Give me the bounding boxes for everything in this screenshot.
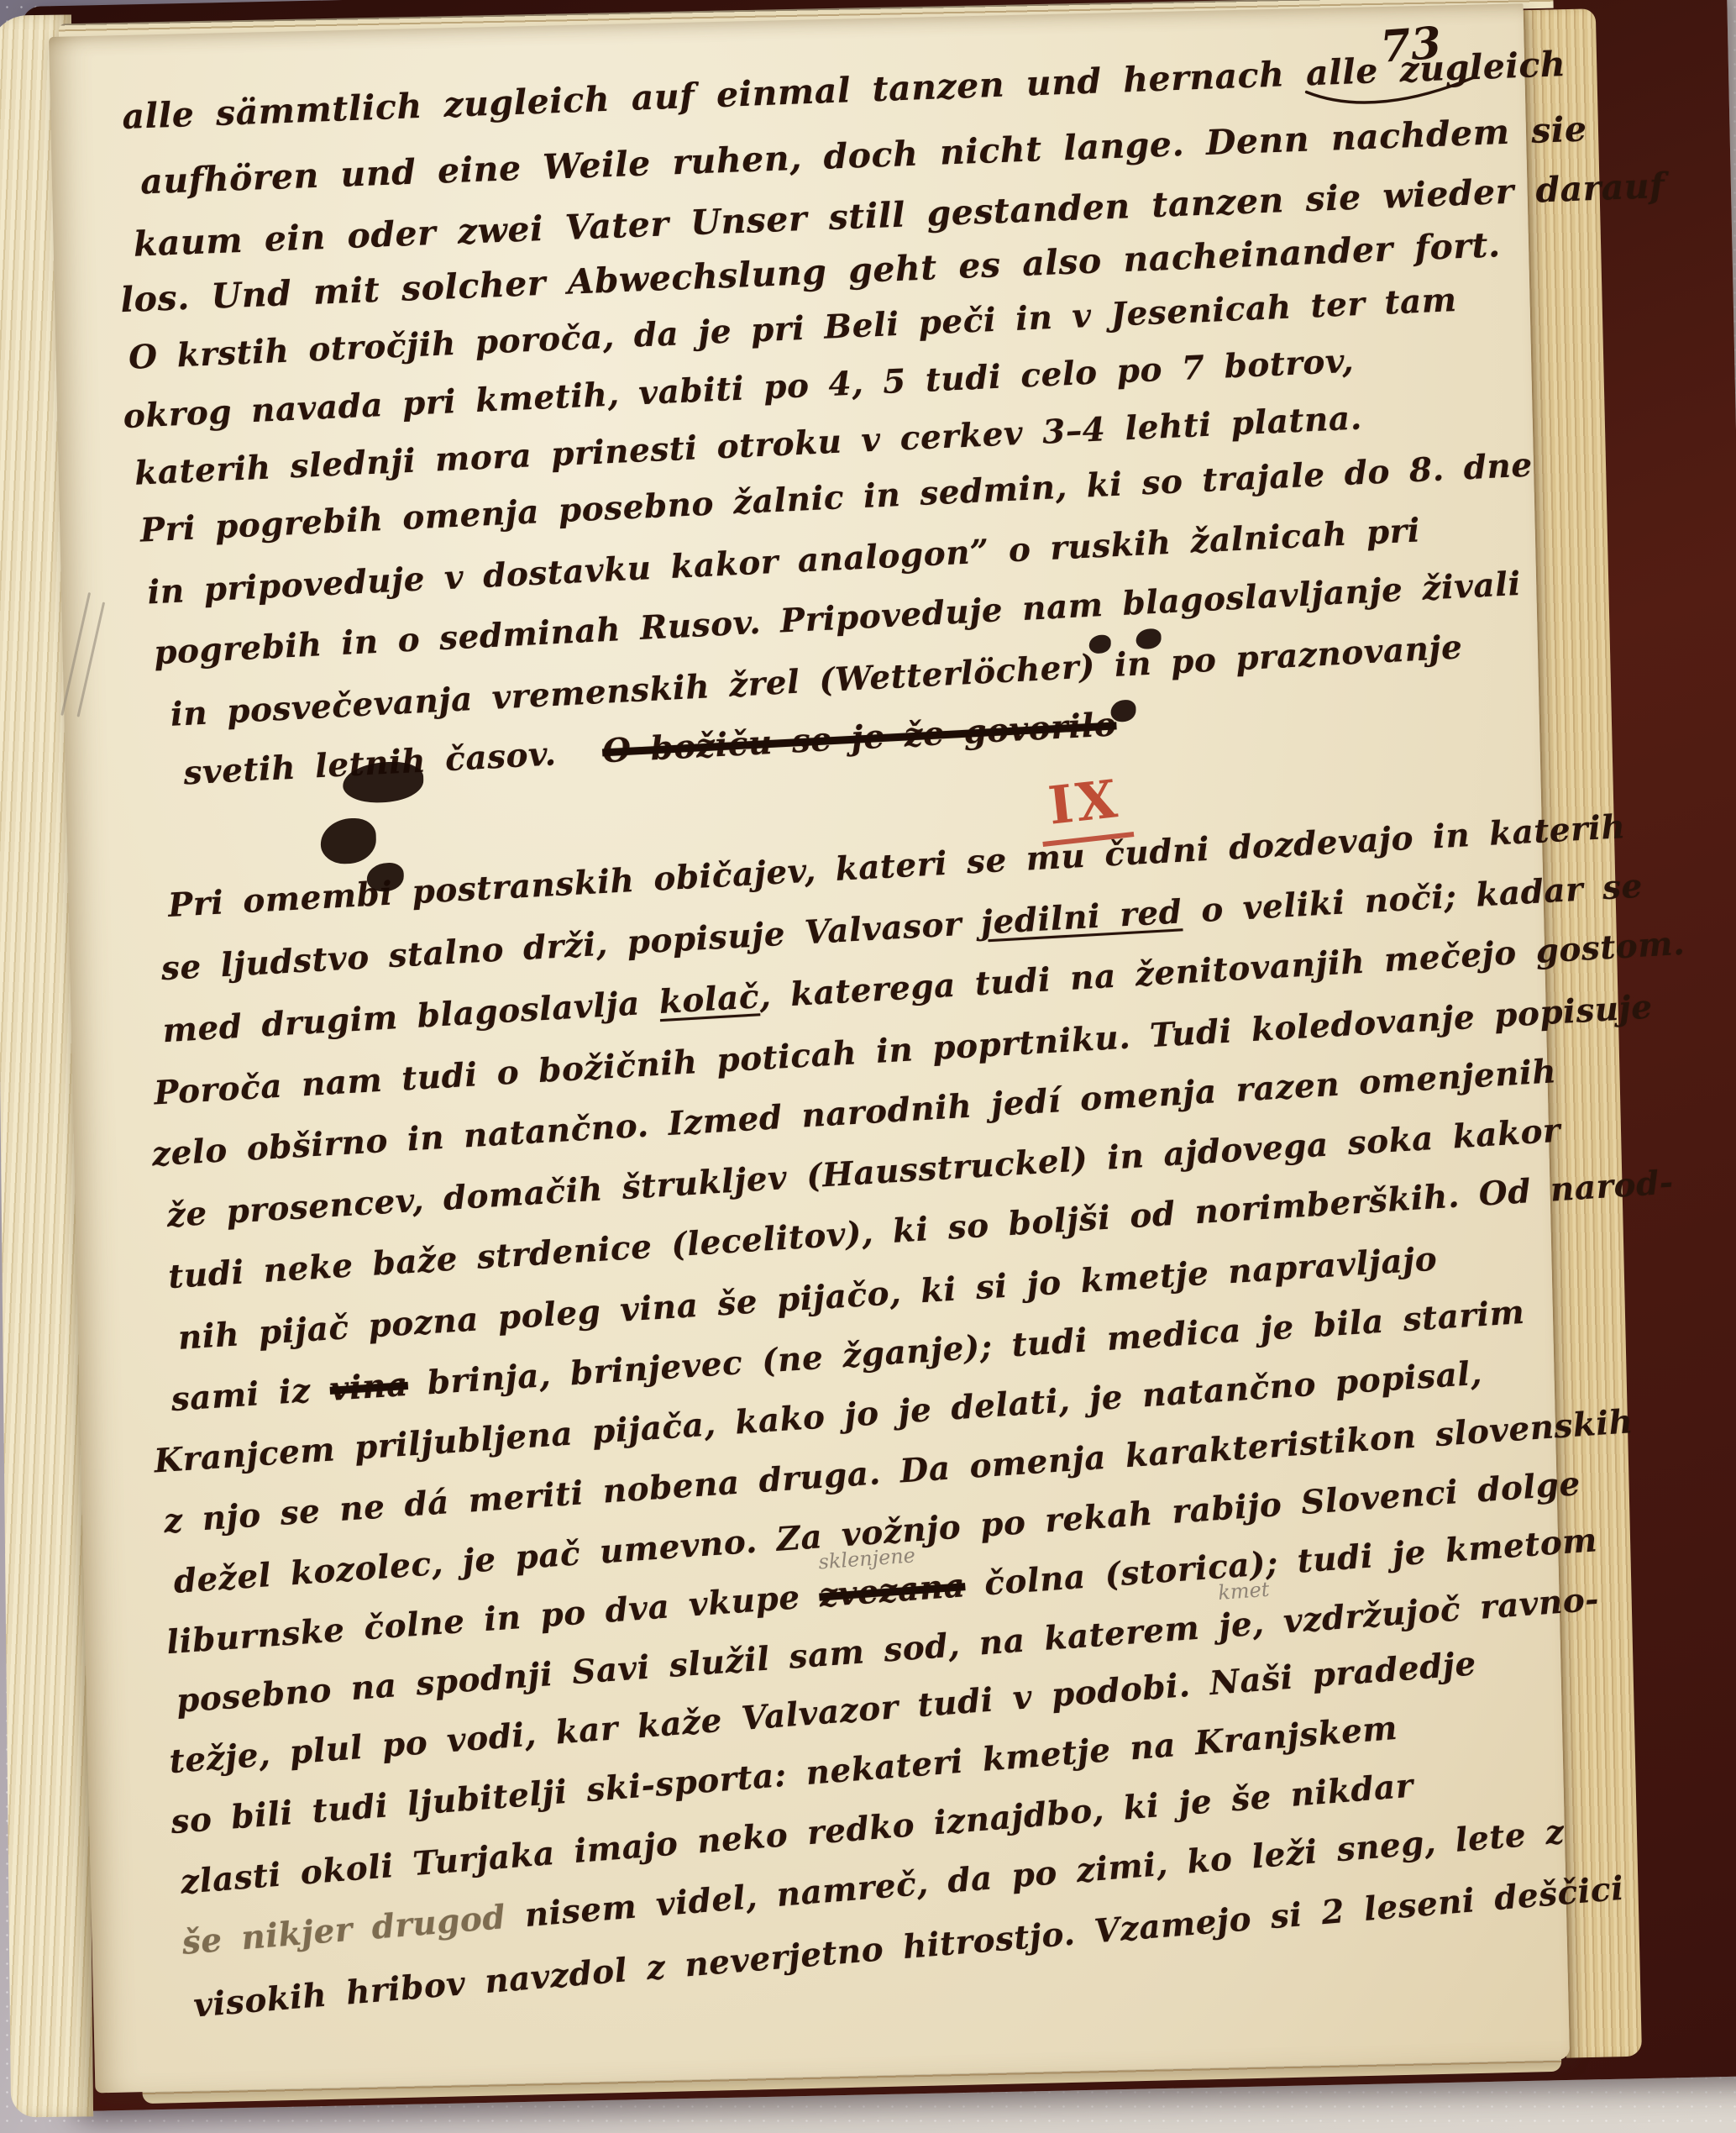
paper-surface: 73 alle sämmtlich zugleich auf einmal ta… [49, 3, 1570, 2093]
line-text: , vzdržujoč ravno- [1251, 1580, 1600, 1643]
line-text: med drugim blagoslavlja [161, 983, 660, 1050]
struck-text: vina [328, 1365, 409, 1409]
manuscript-page: 73 alle sämmtlich zugleich auf einmal ta… [49, 2, 1642, 2093]
pencil-margin-mark [76, 602, 105, 717]
annotated-word: jekmet [1218, 1605, 1254, 1646]
underlined-phrase: kolač [658, 977, 760, 1022]
pencil-annotation: kmet [1217, 1578, 1270, 1605]
struck-text: O božiču se je že govorilo [601, 705, 1118, 770]
line-text: sami iz [170, 1370, 331, 1419]
struck-text: zvezanasklenjene [818, 1567, 967, 1615]
ink-blot [1110, 700, 1136, 722]
ink-blot [320, 817, 376, 864]
faded-text: še nikjer drugod [181, 1898, 507, 1962]
photo-background: 73 alle sämmtlich zugleich auf einmal ta… [0, 0, 1736, 2133]
underlined-phrase: jedilni red [980, 892, 1183, 942]
pencil-margin-mark [60, 592, 91, 716]
